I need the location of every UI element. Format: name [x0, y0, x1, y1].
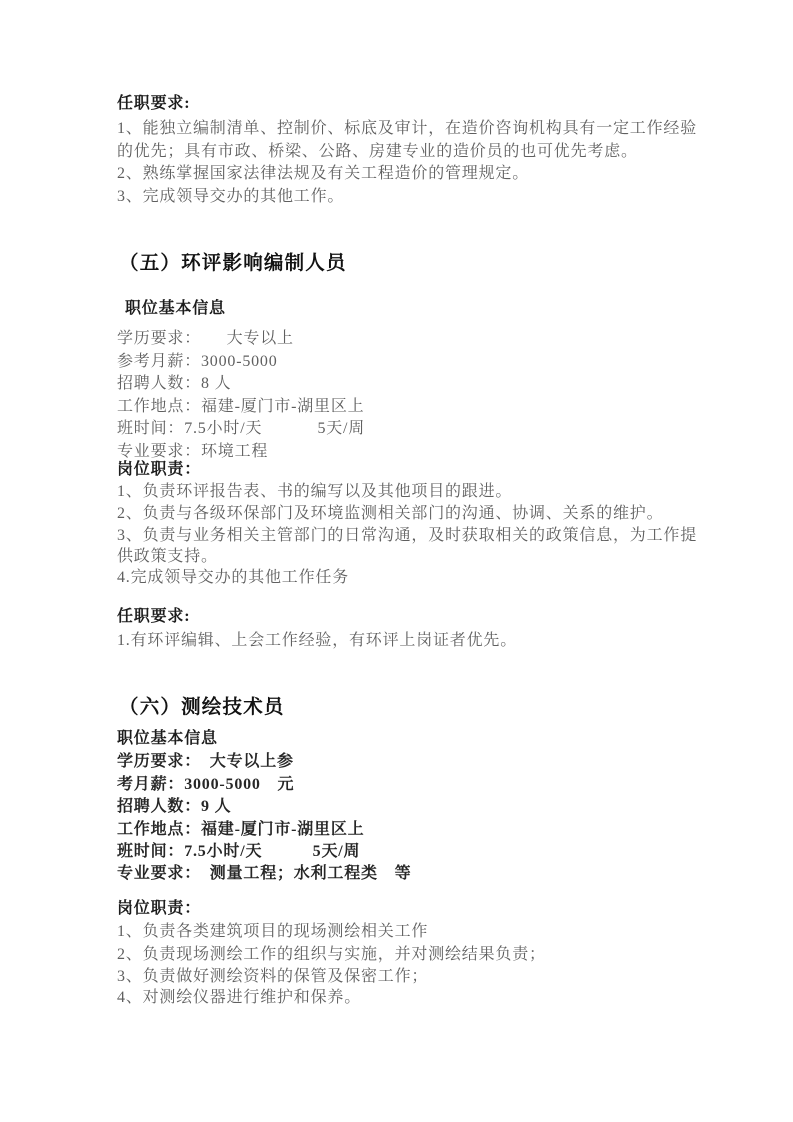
- job5-duty-line: 1、负责环评报告表、书的编写以及其他项目的跟进。: [117, 480, 512, 503]
- intro-requirement-line: 2、熟练掌握国家法律法规及有关工程造价的管理规定。: [117, 162, 529, 185]
- job6-info-salary: 考月薪：3000-5000 元: [117, 773, 294, 796]
- job5-requirements-title: 任职要求:: [117, 605, 190, 628]
- job6-duties-title: 岗位职责：: [117, 897, 201, 920]
- job5-info-location: 工作地点：福建-厦门市-湖里区上: [117, 395, 364, 418]
- job6-basic-info-title: 职位基本信息: [117, 727, 218, 750]
- intro-requirement-line: 的优先；具有市政、桥梁、公路、房建专业的造价员的也可优先考虑。: [117, 140, 638, 163]
- intro-requirement-line: 3、完成领导交办的其他工作。: [117, 185, 344, 208]
- document-page: 任职要求: 1、能独立编制清单、控制价、标底及审计，在造价咨询机构具有一定工作经…: [0, 0, 793, 1122]
- job5-requirement-line: 1.有环评编辑、上会工作经验，有环评上岗证者优先。: [117, 629, 517, 652]
- job5-duties-title: 岗位职责：: [117, 458, 201, 481]
- job6-info-hours: 班时间：7.5小时/天 5天/周: [117, 840, 360, 863]
- job5-duty-line: 2、负责与各级环保部门及环境监测相关部门的沟通、协调、关系的维护。: [117, 502, 663, 525]
- job5-heading: （五）环评影响编制人员: [119, 250, 347, 277]
- job6-duty-line: 2、负责现场测绘工作的组织与实施，并对测绘结果负责；: [117, 943, 546, 966]
- job5-info-headcount: 招聘人数：8 人: [117, 372, 231, 395]
- job6-duty-line: 4、对测绘仪器进行维护和保养。: [117, 986, 361, 1009]
- job5-basic-info-title: 职位基本信息: [125, 297, 226, 320]
- job6-duty-line: 1、负责各类建筑项目的现场测绘相关工作: [117, 920, 428, 943]
- intro-requirement-line: 1、能独立编制清单、控制价、标底及审计，在造价咨询机构具有一定工作经验: [117, 117, 697, 140]
- job6-info-headcount: 招聘人数：9 人: [117, 795, 231, 818]
- job5-duty-line: 供政策支持。: [117, 545, 218, 568]
- job5-info-education: 学历要求： 大专以上: [117, 327, 294, 350]
- job5-duty-line: 3、负责与业务相关主管部门的日常沟通，及时获取相关的政策信息，为工作提: [117, 524, 697, 547]
- job6-duty-line: 3、负责做好测绘资料的保管及保密工作；: [117, 965, 428, 988]
- job5-info-salary: 参考月薪：3000-5000: [117, 350, 278, 373]
- job6-info-location: 工作地点：福建-厦门市-湖里区上: [117, 818, 364, 841]
- job5-duty-line: 4.完成领导交办的其他工作任务: [117, 566, 349, 589]
- job6-heading: （六）测绘技术员: [119, 694, 285, 721]
- job5-info-hours: 班时间：7.5小时/天 5天/周: [117, 417, 365, 440]
- intro-requirements-title: 任职要求:: [117, 92, 190, 115]
- job6-info-education: 学历要求： 大专以上参: [117, 750, 294, 773]
- job6-info-major: 专业要求： 测量工程；水利工程类 等: [117, 862, 411, 885]
